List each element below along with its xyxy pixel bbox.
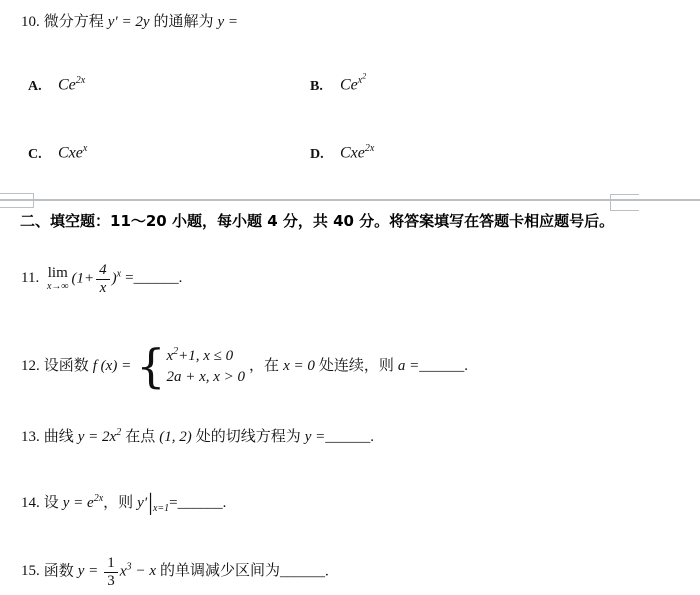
question-text: 函数 xyxy=(44,563,74,579)
question-13: 13.曲线y = 2x2在点(1, 2)处的切线方程为y =______. xyxy=(21,425,374,446)
math-expression: y = xyxy=(218,14,239,30)
question-text: 设 xyxy=(44,495,59,511)
math-expression: − x xyxy=(135,563,156,579)
question-12: 12.设函数f (x) ={x2+1, x ≤ 02a + x, x > 0，在… xyxy=(21,345,468,388)
limit-operator: limx→∞ xyxy=(47,266,69,292)
option-a: A.Ce2x xyxy=(28,72,85,95)
exponent: 3 xyxy=(126,561,131,572)
math-expression: y = 2x xyxy=(78,429,116,445)
option-letter: C. xyxy=(28,147,58,163)
answer-blank: =______. xyxy=(169,495,226,511)
fraction-denominator: 3 xyxy=(105,573,117,590)
option-d: D.Cxe2x xyxy=(310,140,374,163)
question-text: 处连续，则 xyxy=(319,358,394,374)
piecewise-cases: x2+1, x ≤ 02a + x, x > 0 xyxy=(166,345,245,388)
fraction: 13 xyxy=(104,555,118,589)
math-expression: y = xyxy=(78,563,99,579)
question-text: 处的切线方程为 xyxy=(196,429,301,445)
nested-exponent: 2 xyxy=(362,72,366,81)
answer-blank: ______. xyxy=(419,358,468,374)
math-expression: Cxe xyxy=(340,145,365,162)
exponent: 2x xyxy=(365,143,374,154)
page-break-line xyxy=(0,199,700,201)
exponent: x xyxy=(117,268,121,279)
option-c: C.Cxex xyxy=(28,140,87,163)
math-expression: y′ xyxy=(137,495,147,511)
math-expression: y = e xyxy=(63,495,94,511)
question-text: ，在 xyxy=(249,358,279,374)
math-expression: (1+ xyxy=(72,270,95,286)
option-b: B.Cex2 xyxy=(310,72,366,95)
math-expression: Ce xyxy=(58,77,76,94)
question-text: 的通解为 xyxy=(153,14,213,30)
lim-subscript: x→∞ xyxy=(47,282,69,292)
lim-text: lim xyxy=(48,266,68,281)
math-expression: y′ = 2y xyxy=(108,14,150,30)
option-letter: A. xyxy=(28,79,58,95)
math-expression: Cxe xyxy=(58,145,83,162)
fraction: 4x xyxy=(96,262,110,296)
question-number: 15. xyxy=(21,563,40,579)
fraction-numerator: 1 xyxy=(104,555,118,573)
question-text: 的单调减少区间为 xyxy=(160,563,280,579)
question-text: ，则 xyxy=(103,495,133,511)
option-letter: D. xyxy=(310,147,340,163)
question-15: 15.函数y =13x3− x的单调减少区间为______. xyxy=(21,555,329,589)
exponent: 2x xyxy=(76,75,85,86)
question-10-stem: 10.微分方程y′ = 2y的通解为y = xyxy=(21,10,238,31)
page-break-mark-right xyxy=(610,194,639,211)
math-expression: +1, x ≤ 0 xyxy=(178,348,233,364)
question-text: 设函数 xyxy=(44,358,89,374)
question-number: 12. xyxy=(21,358,40,374)
question-text: 在点 xyxy=(125,429,155,445)
answer-blank: =______. xyxy=(125,270,182,286)
exponent: x xyxy=(83,143,87,154)
option-letter: B. xyxy=(310,79,340,95)
section-heading: 二、填空题：11～20 小题，每小题 4 分，共 40 分。将答案填写在答题卡相… xyxy=(20,210,614,231)
question-14: 14.设y = e2x，则y′|x=1=______. xyxy=(21,490,226,517)
answer-blank: ______. xyxy=(280,563,329,579)
question-11: 11. limx→∞(1+4x)x=______. xyxy=(21,262,182,296)
math-expression: f (x) = xyxy=(93,358,131,374)
math-expression: y = xyxy=(305,429,326,445)
piecewise-brace: { xyxy=(136,339,165,393)
fraction-denominator: x xyxy=(98,280,109,297)
evaluation-subscript: x=1 xyxy=(153,503,169,514)
math-expression: (1, 2) xyxy=(159,429,192,445)
case-row-1: x2+1, x ≤ 0 xyxy=(166,345,233,367)
math-expression: x = 0 xyxy=(283,358,315,374)
question-number: 13. xyxy=(21,429,40,445)
fraction-numerator: 4 xyxy=(96,262,110,280)
exam-document: { "doc": { "q10": { "label": "10.", "pre… xyxy=(0,0,700,595)
question-number: 14. xyxy=(21,495,40,511)
question-text: 曲线 xyxy=(44,429,74,445)
math-expression: Ce xyxy=(340,77,358,94)
answer-blank: ______. xyxy=(325,429,374,445)
case-row-2: 2a + x, x > 0 xyxy=(166,367,245,388)
exponent: 2 xyxy=(116,427,121,438)
question-text: 微分方程 xyxy=(44,14,104,30)
page-break-mark-left xyxy=(0,193,34,208)
math-expression: a = xyxy=(398,358,419,374)
question-number: 11. xyxy=(21,270,39,286)
question-number: 10. xyxy=(21,14,40,30)
exponent: 2x xyxy=(94,493,103,504)
